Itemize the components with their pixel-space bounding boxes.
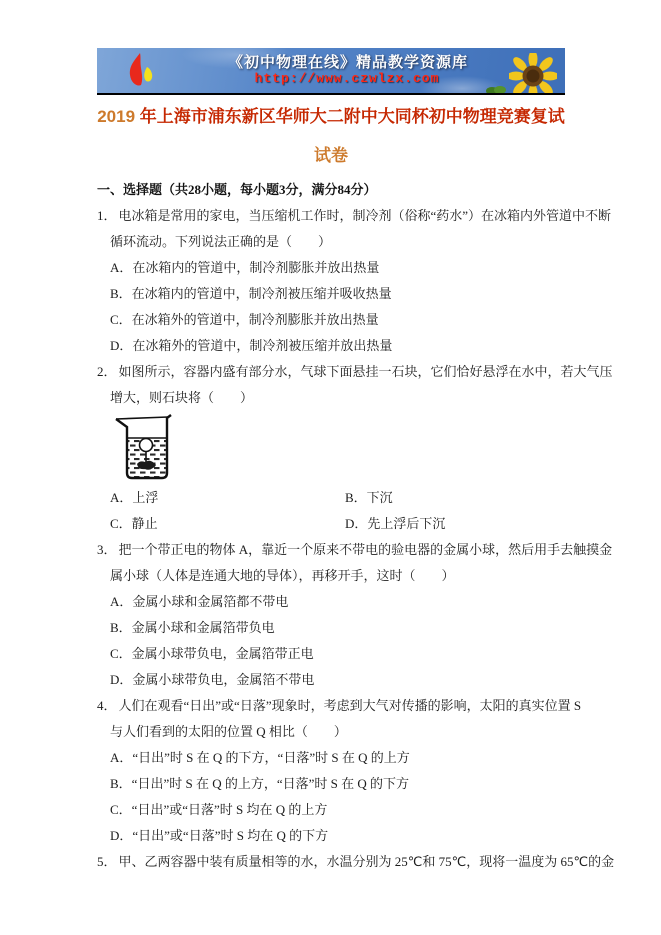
option-c: C．在冰箱外的管道中，制冷剂膨胀并放出热量 [97,307,569,333]
question-2: 2．如图所示，容器内盛有部分水，气球下面悬挂一石块，它们恰好悬浮在水中，若大气压… [97,359,569,537]
option-d: D．在冰箱外的管道中，制冷剂被压缩并放出热量 [97,333,569,359]
page-title: 2019 年上海市浦东新区华师大二附中大同杯初中物理竞赛复试 试卷 [97,97,565,175]
title-year: 2019 [97,107,135,126]
site-title: 《初中物理在线》精品教学资源库 [183,51,513,72]
question-1: 1．电冰箱是常用的家电，当压缩机工作时，制冷剂（俗称“药水”）在冰箱内外管道中不… [97,203,569,359]
question-stem-line: 增大，则石块将（ ） [97,385,569,411]
option-a: A．在冰箱内的管道中，制冷剂膨胀并放出热量 [97,255,569,281]
option-b: B．在冰箱内的管道中，制冷剂被压缩并吸收热量 [97,281,569,307]
question-number: 4． [97,698,119,713]
option-c: C．“日出”或“日落”时 S 均在 Q 的上方 [97,797,569,823]
title-text: 年上海市浦东新区华师大二附中大同杯初中物理竞赛复试 [135,107,565,126]
option-c: C．金属小球带负电，金属箔带正电 [97,641,569,667]
option-a: A．金属小球和金属箔都不带电 [97,589,569,615]
document-page: 《初中物理在线》精品教学资源库 http://www.czwlzx.com 20… [0,0,661,935]
question-stem-line: 2．如图所示，容器内盛有部分水，气球下面悬挂一石块，它们恰好悬浮在水中，若大气压 [97,359,569,385]
stem-text: 如图所示，容器内盛有部分水，气球下面悬挂一石块，它们恰好悬浮在水中，若大气压 [119,364,613,379]
options-row: A．上浮 B．下沉 [97,485,569,511]
option-a: A．上浮 [97,485,345,511]
question-4: 4．人们在观看“日出”或“日落”现象时，考虑到大气对传播的影响，太阳的真实位置 … [97,693,569,849]
question-stem-line: 5．甲、乙两容器中装有质量相等的水，水温分别为 25℃和 75℃，现将一温度为 … [97,849,569,875]
question-stem-line: 1．电冰箱是常用的家电，当压缩机工作时，制冷剂（俗称“药水”）在冰箱内外管道中不… [97,203,569,229]
question-number: 5． [97,854,119,869]
question-stem-line: 4．人们在观看“日出”或“日落”现象时，考虑到大气对传播的影响，太阳的真实位置 … [97,693,569,719]
stem-text: 甲、乙两容器中装有质量相等的水，水温分别为 25℃和 75℃，现将一温度为 65… [119,854,615,869]
page-title-line1: 2019 年上海市浦东新区华师大二附中大同杯初中物理竞赛复试 [97,97,565,136]
option-d: D．先上浮后下沉 [345,511,569,537]
site-url: http://www.czwlzx.com [217,71,477,86]
stem-text: 电冰箱是常用的家电，当压缩机工作时，制冷剂（俗称“药水”）在冰箱内外管道中不断 [119,208,612,223]
option-b: B．金属小球和金属箔带负电 [97,615,569,641]
stem-text: 把一个带正电的物体 A，靠近一个原来不带电的验电器的金属小球，然后用手去触摸金 [119,542,613,557]
question-3: 3．把一个带正电的物体 A，靠近一个原来不带电的验电器的金属小球，然后用手去触摸… [97,537,569,693]
question-stem-line: 循环流动。下列说法正确的是（ ） [97,229,569,255]
beaker-figure [97,412,569,484]
question-stem-line: 3．把一个带正电的物体 A，靠近一个原来不带电的验电器的金属小球，然后用手去触摸… [97,537,569,563]
option-b: B．下沉 [345,485,569,511]
flame-logo-icon [125,52,159,90]
option-d: D．“日出”或“日落”时 S 均在 Q 的下方 [97,823,569,849]
sunflower-icon [509,53,557,95]
question-stem-line: 与人们看到的太阳的位置 Q 相比（ ） [97,719,569,745]
question-5: 5．甲、乙两容器中装有质量相等的水，水温分别为 25℃和 75℃，现将一温度为 … [97,849,569,875]
question-number: 3． [97,542,119,557]
balloon-shape [140,439,153,452]
leaf-icon [485,83,507,95]
option-d: D．金属小球带负电，金属箔不带电 [97,667,569,693]
section-heading: 一、选择题（共28小题，每小题3分，满分84分） [97,177,569,203]
question-number: 2． [97,364,119,379]
stem-text: 人们在观看“日出”或“日落”现象时，考虑到大气对传播的影响，太阳的真实位置 S [119,698,582,713]
option-b: B．“日出”时 S 在 Q 的上方，“日落”时 S 在 Q 的下方 [97,771,569,797]
site-banner: 《初中物理在线》精品教学资源库 http://www.czwlzx.com [97,48,565,95]
options-row: C．静止 D．先上浮后下沉 [97,511,569,537]
option-c: C．静止 [97,511,345,537]
question-stem-line: 属小球（人体是连通大地的导体），再移开手，这时（ ） [97,563,569,589]
page-title-line2: 试卷 [97,136,565,175]
exam-content: 一、选择题（共28小题，每小题3分，满分84分） 1．电冰箱是常用的家电，当压缩… [97,177,569,875]
option-a: A．“日出”时 S 在 Q 的下方，“日落”时 S 在 Q 的上方 [97,745,569,771]
question-number: 1． [97,208,119,223]
